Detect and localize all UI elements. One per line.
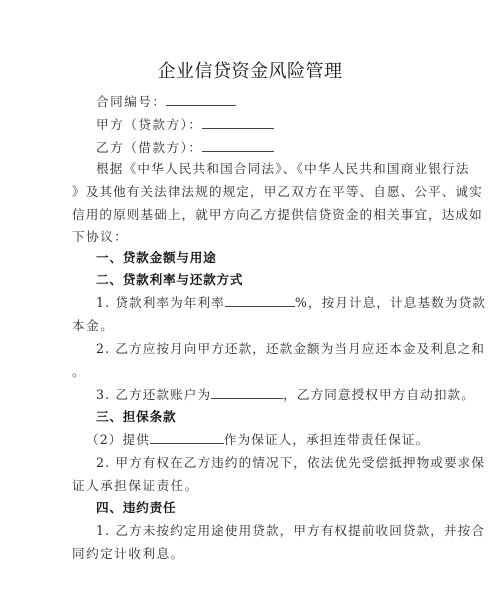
section-heading: 四、违约责任 [96, 500, 417, 516]
section-heading: 一、贷款金额与用途 [96, 250, 417, 266]
document-page: 企业信贷资金风险管理 合同编号： 甲方（贷款方）： 乙方（借款方）： 根据《中华… [0, 0, 500, 597]
account-blank [211, 387, 283, 399]
contract-number-blank [166, 94, 236, 106]
lender-field: 甲方（贷款方）： [96, 117, 417, 133]
contract-number-field: 合同编号： [96, 94, 417, 110]
borrower-blank [202, 140, 274, 152]
clause-repayment: 2. 乙方应按月向甲方还款，还款金额为当月应还本金及利息之和 [96, 341, 417, 357]
preamble-line: 信用的原则基础上，就甲方向乙方提供信贷资金的相关事宜，达成如 [72, 207, 417, 223]
clause-text: 作为保证人，承担连带责任保证。 [224, 432, 429, 447]
clause-continuation: 证人承担保证责任。 [72, 478, 417, 494]
preamble-line: 根据《中华人民共和国合同法》、《中华人民共和国商业银行法 [96, 161, 417, 177]
preamble-line: 下协议： [72, 229, 417, 245]
clause-priority: 2. 甲方有权在乙方违约的情况下，依法优先受偿抵押物或要求保 [96, 455, 417, 471]
clause-repayment-account: 3. 乙方还款账户为，乙方同意授权甲方自动扣款。 [96, 387, 417, 403]
contract-number-label: 合同编号： [96, 94, 166, 109]
clause-text: 1. 贷款利率为年利率 [96, 295, 225, 310]
clause-text: 3. 乙方还款账户为 [96, 387, 211, 402]
clause-interest-rate: 1. 贷款利率为年利率%，按月计息，计息基数为贷款 [96, 295, 417, 311]
clause-text: ，乙方同意授权甲方自动扣款。 [283, 387, 475, 402]
borrower-field: 乙方（借款方）： [96, 140, 417, 156]
interest-rate-blank [225, 295, 295, 307]
borrower-label: 乙方（借款方）： [96, 140, 202, 155]
clause-text: （2）提供 [86, 432, 150, 447]
section-heading: 三、担保条款 [96, 409, 417, 425]
clause-misuse: 1. 乙方未按约定用途使用贷款，甲方有权提前收回贷款，并按合 [96, 523, 417, 539]
clause-continuation: 。 [72, 364, 417, 380]
lender-blank [202, 117, 274, 129]
preamble-line: 》及其他有关法律法规的规定，甲乙双方在平等、自愿、公平、诚实 [72, 184, 417, 200]
clause-continuation: 同约定计收利息。 [72, 546, 417, 562]
section-heading: 二、贷款利率与还款方式 [96, 272, 417, 288]
guarantor-blank [150, 432, 224, 444]
document-title: 企业信贷资金风险管理 [0, 60, 500, 84]
clause-continuation: 本金。 [72, 318, 417, 334]
lender-label: 甲方（贷款方）： [96, 117, 202, 132]
clause-guarantor: （2）提供作为保证人，承担连带责任保证。 [86, 432, 431, 448]
clause-text: %，按月计息，计息基数为贷款 [295, 295, 486, 310]
